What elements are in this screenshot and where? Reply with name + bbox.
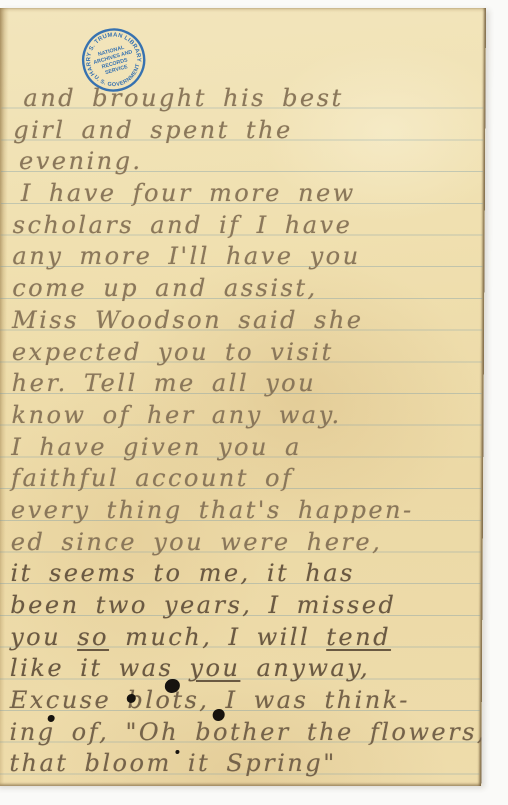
letter-line: scholars and if I have	[13, 210, 479, 242]
letter-line: evening.	[13, 146, 479, 178]
letter-line: every thing that's happen-	[11, 495, 477, 527]
letter-line-segment: like it was	[10, 654, 190, 682]
letter-line: ing of, "Oh bother the flowers,	[9, 717, 475, 749]
letter-line: I have four more new	[13, 178, 479, 210]
letter-line-segment: much, I will	[109, 623, 326, 651]
letter-line: girl and spent the	[13, 115, 479, 147]
letter-line: Excuse blots, I was think-	[10, 685, 476, 717]
letter-line-segment: you	[10, 623, 77, 651]
underlined-word: tend	[326, 623, 391, 651]
letter-line: been two years, I missed	[10, 590, 476, 622]
handwritten-text-block: and brought his best girl and spent the …	[9, 83, 479, 780]
letter-line: Miss Woodson said she	[12, 305, 478, 337]
letter-line: I have given you a	[11, 432, 477, 464]
letter-line: it seems to me, it has	[10, 558, 476, 590]
letter-line: and brought his best	[13, 83, 479, 115]
letter-line: any more I'll have you	[12, 241, 478, 273]
letter-line: like it was you anyway,	[10, 653, 476, 685]
underlined-word: you	[189, 654, 240, 682]
letter-line: know of her any way.	[11, 400, 477, 432]
letter-line: faithful account of	[11, 463, 477, 495]
letter-line: that bloom it Spring"	[9, 748, 475, 780]
letter-line: ed since you were here,	[11, 527, 477, 559]
letter-line-segment: anyway,	[240, 654, 370, 682]
letter-line: her. Tell me all you	[12, 368, 478, 400]
underlined-word: so	[77, 623, 109, 651]
letter-line: you so much, I will tend	[10, 622, 476, 654]
letter-paper: HARRY S. TRUMAN LIBRARY U. S. GOVERNMENT…	[0, 8, 486, 786]
scanned-letter-page: { "stamp": { "top_text": "HARRY S. TRUMA…	[0, 0, 508, 805]
letter-line: come up and assist,	[12, 273, 478, 305]
letter-line: expected you to visit	[12, 337, 478, 369]
